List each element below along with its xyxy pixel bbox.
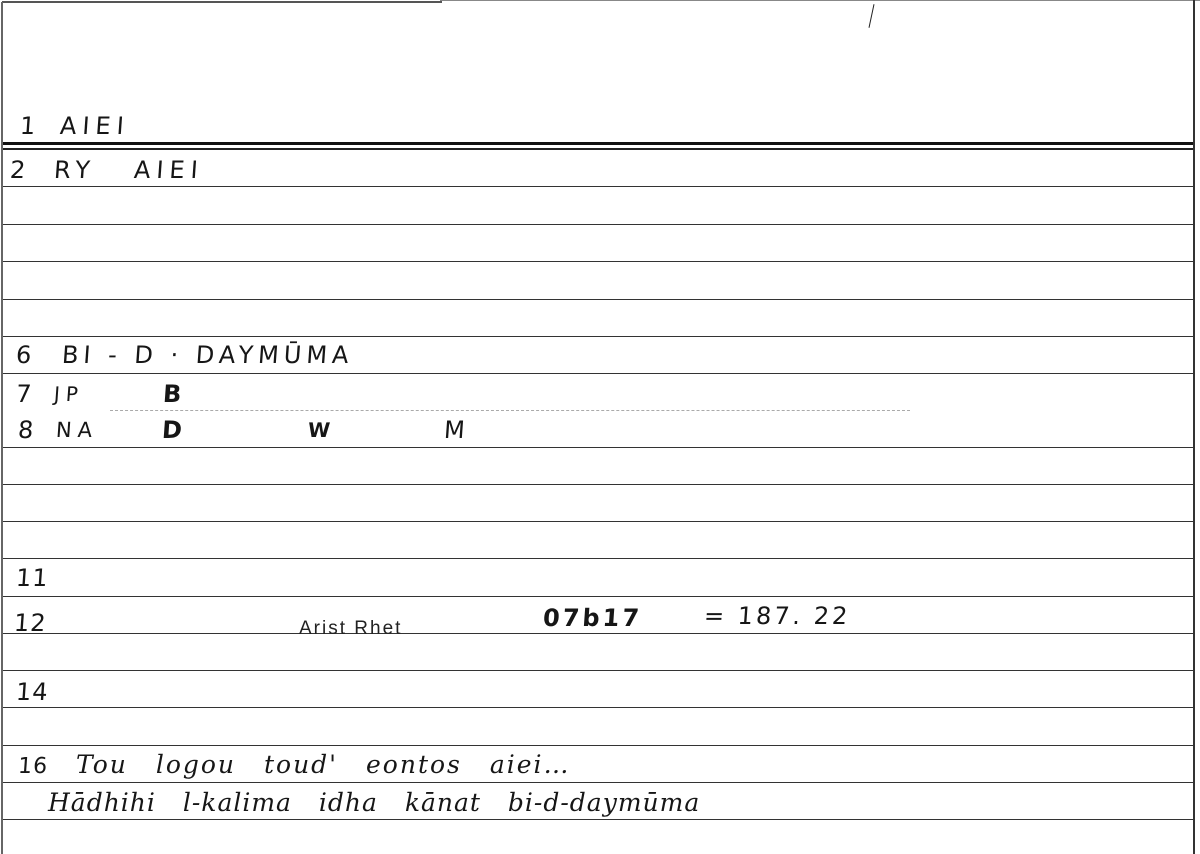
card-edge-top	[2, 1, 442, 3]
row-cell: W	[307, 420, 336, 440]
stray-pen-mark	[869, 4, 875, 28]
card-edge-right	[1193, 0, 1195, 854]
ruled-line	[3, 633, 1193, 634]
row-number: 2	[9, 158, 32, 182]
page-line-reference: = 187. 22	[703, 604, 851, 628]
row-number: 7	[15, 382, 38, 406]
row-text: BI - D · DAYMŪMA	[61, 343, 354, 367]
ruled-line	[3, 558, 1193, 559]
ruled-line	[3, 224, 1193, 225]
ruled-line	[3, 745, 1193, 746]
row-text: B	[162, 382, 188, 406]
row-number: 12	[13, 611, 47, 635]
ruled-line-dotted	[110, 410, 910, 412]
ruled-line-header	[3, 142, 1193, 145]
card-edge-top	[440, 0, 1200, 1]
ruled-line	[3, 596, 1193, 597]
row-number: 16	[17, 756, 49, 778]
source-reference: Arist Rhet	[299, 618, 402, 640]
ruled-line	[3, 447, 1193, 448]
greek-quote: Tou logou toud' eontos aiei…	[76, 752, 571, 777]
ruled-line	[3, 261, 1193, 262]
index-card: 1 AIEI 2 RY AIEI 6 BI - D · DAYMŪMA 7 JP…	[0, 0, 1200, 854]
row-text: AIEI	[59, 114, 130, 138]
row-label: RY	[53, 158, 96, 182]
ruled-line	[3, 186, 1193, 187]
ruled-line	[3, 670, 1193, 671]
ruled-line	[3, 521, 1193, 522]
row-cell: D	[161, 418, 189, 442]
row-number: 11	[15, 566, 49, 590]
row-number: 6	[15, 343, 38, 367]
ruled-line	[3, 484, 1193, 485]
bekker-reference: 07b17	[542, 606, 643, 630]
card-edge-left	[1, 2, 3, 854]
ruled-line-header	[3, 148, 1193, 150]
ruled-line	[3, 373, 1193, 374]
row-cell: M	[443, 418, 471, 442]
row-label: JP	[53, 384, 84, 404]
row-label: NA	[55, 420, 99, 441]
row-number: 1	[19, 114, 42, 138]
row-number: 8	[17, 418, 40, 442]
row-number: 14	[15, 680, 49, 704]
ruled-line	[3, 782, 1193, 783]
ruled-line	[3, 707, 1193, 708]
ruled-line	[3, 299, 1193, 300]
arabic-translation: Hādhihi l-kalima idha kānat bi-d-daymūma	[48, 790, 700, 815]
row-text: AIEI	[133, 158, 204, 182]
ruled-line	[3, 819, 1193, 820]
ruled-line	[3, 336, 1193, 337]
